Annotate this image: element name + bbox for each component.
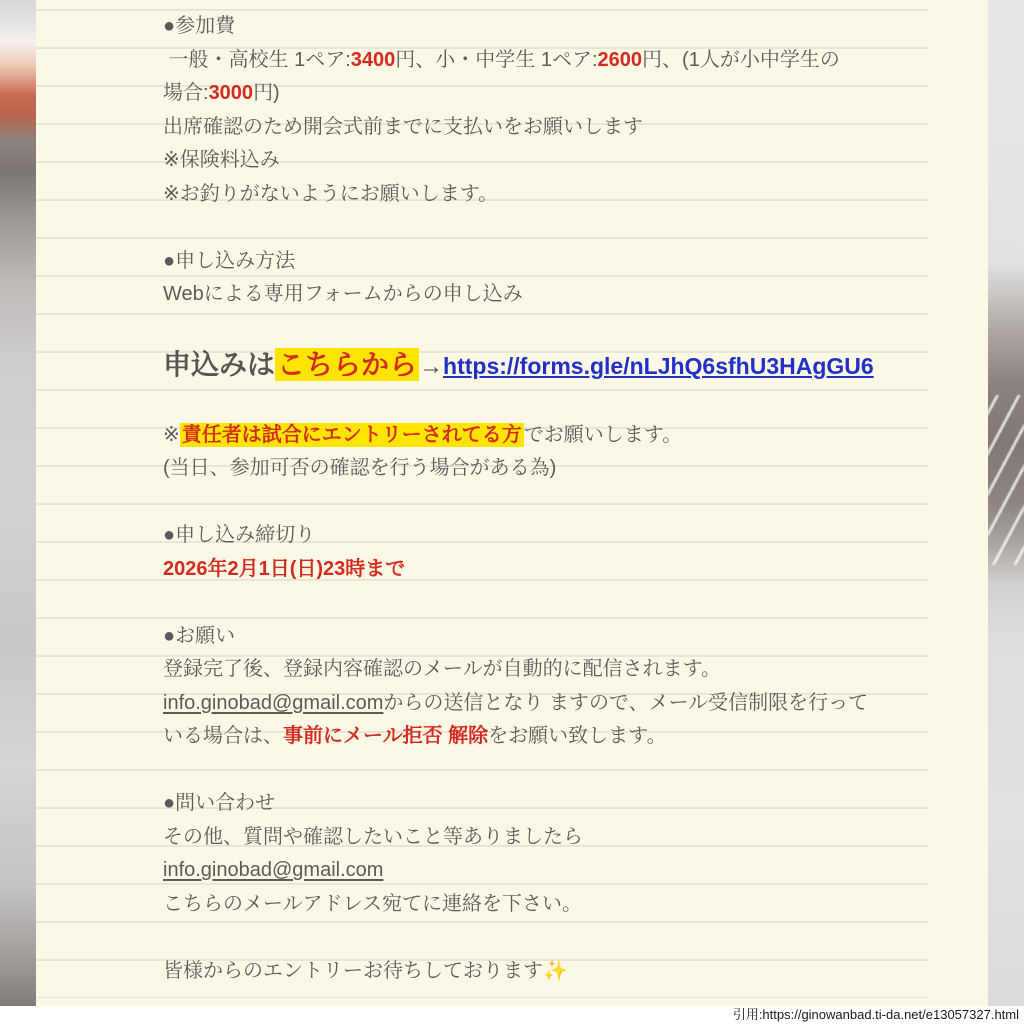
- text-segment: ※保険料込み: [163, 149, 280, 171]
- contact-email: info.ginobad@gmail.com: [163, 854, 903, 888]
- fee-prices-line-2: 場合:3000円): [163, 77, 903, 111]
- deadline-date: 2026年2月1日(日)23時まで: [163, 553, 903, 587]
- responsible-note: ※責任者は試合にエントリーされてる方でお願いします。: [163, 419, 903, 453]
- fee-insurance-note: ※保険料込み: [163, 144, 903, 178]
- method-heading: ●申し込み方法: [163, 245, 903, 279]
- text-segment: 円): [253, 82, 280, 104]
- text-segment: ●申し込み締切り: [163, 524, 315, 546]
- highlighted-text: 責任者は試合にエントリーされてる方: [180, 423, 524, 447]
- text-segment: 2600: [598, 49, 643, 71]
- request-heading: ●お願い: [163, 620, 903, 654]
- text-segment: からの送信となり ますので、メール受信制限を行って: [383, 692, 868, 714]
- text-segment: ※お釣りがないようにお願いします。: [163, 183, 498, 205]
- text-segment: その他、質問や確認したいこと等ありましたら: [163, 826, 583, 848]
- text-segment: ※: [163, 424, 180, 446]
- spacer: [163, 486, 903, 520]
- text-segment: 3000: [209, 82, 254, 104]
- contact-line-1: その他、質問や確認したいこと等ありましたら: [163, 821, 903, 855]
- spacer: [163, 586, 903, 620]
- contact-heading: ●問い合わせ: [163, 787, 903, 821]
- post-body: ●参加費 一般・高校生 1ペア:3400円、小・中学生 1ペア:2600円、(1…: [163, 10, 903, 988]
- background-photo-left: [0, 0, 36, 1006]
- spacer: [163, 211, 903, 245]
- request-line-3: いる場合は、事前にメール拒否 解除をお願い致します。: [163, 720, 903, 754]
- text-segment: をお願い致します。: [488, 725, 666, 747]
- text-segment: こちらのメールアドレス宛てに連絡を下さい。: [163, 893, 582, 915]
- contact-line-2: こちらのメールアドレス宛てに連絡を下さい。: [163, 888, 903, 922]
- text-segment: ●お願い: [163, 625, 235, 647]
- citation-bar: 引用:https://ginowanbad.ti-da.net/e1305732…: [0, 1006, 1024, 1024]
- text-segment: 事前にメール拒否 解除: [283, 725, 488, 747]
- text-segment: ●申し込み方法: [163, 250, 295, 272]
- text-segment: でお願いします。: [524, 424, 682, 446]
- fee-payment-note: 出席確認のため開会式前までに支払いをお願いします: [163, 111, 903, 145]
- text-segment: 登録完了後、登録内容確認のメールが自動的に配信されます。: [163, 658, 721, 680]
- text-segment: 一般・高校生 1ペア:: [163, 49, 351, 71]
- text-segment: 出席確認のため開会式前までに支払いをお願いします: [163, 116, 643, 138]
- text-segment: 場合:: [163, 82, 209, 104]
- method-line: Webによる専用フォームからの申し込み: [163, 278, 903, 312]
- text-segment: いる場合は、: [163, 725, 283, 747]
- text-segment: 2026年2月1日(日)23時まで: [163, 558, 405, 580]
- fee-heading: ●参加費: [163, 10, 903, 44]
- fee-prices-line-1: 一般・高校生 1ペア:3400円、小・中学生 1ペア:2600円、(1人が小中学…: [163, 44, 903, 78]
- closing-line: 皆様からのエントリーお待ちしております✨: [163, 955, 903, 989]
- text-segment: (当日、参加可否の確認を行う場合がある為): [163, 457, 556, 479]
- ruled-paper-panel: ●参加費 一般・高校生 1ペア:3400円、小・中学生 1ペア:2600円、(1…: [36, 0, 988, 1006]
- spacer: [163, 385, 903, 419]
- apply-line: 申込みはこちらから→https://forms.gle/nLJhQ6sfhU3H…: [163, 345, 903, 385]
- responsible-reason: (当日、参加可否の確認を行う場合がある為): [163, 452, 903, 486]
- highlighted-text: こちらから: [275, 348, 419, 381]
- spacer: [163, 312, 903, 346]
- text-segment: ●参加費: [163, 15, 235, 37]
- text-segment: →: [419, 353, 443, 380]
- citation-text: 引用:https://ginowanbad.ti-da.net/e1305732…: [733, 1007, 1024, 1022]
- spacer: [163, 921, 903, 955]
- text-segment: 3400: [351, 49, 396, 71]
- text-segment: 円、小・中学生 1ペア:: [395, 49, 597, 71]
- request-line-2: info.ginobad@gmail.comからの送信となり ますので、メール受…: [163, 687, 903, 721]
- text-segment: 円、(1人が小中学生の: [642, 49, 840, 71]
- text-segment: 皆様からのエントリーお待ちしております: [163, 960, 543, 982]
- sparkles-icon: ✨: [543, 960, 568, 982]
- spacer: [163, 754, 903, 788]
- racket-strings-blur: [988, 395, 1024, 565]
- email-link[interactable]: info.ginobad@gmail.com: [163, 859, 383, 881]
- email-link[interactable]: info.ginobad@gmail.com: [163, 692, 383, 714]
- fee-change-note: ※お釣りがないようにお願いします。: [163, 178, 903, 212]
- application-form-link[interactable]: https://forms.gle/nLJhQ6sfhU3HAgGU6: [443, 353, 874, 379]
- text-segment: ●問い合わせ: [163, 792, 275, 814]
- text-segment: Webによる専用フォームからの申し込み: [163, 283, 523, 305]
- text-segment: 申込みは: [163, 349, 275, 380]
- request-line-1: 登録完了後、登録内容確認のメールが自動的に配信されます。: [163, 653, 903, 687]
- deadline-heading: ●申し込み締切り: [163, 519, 903, 553]
- background-photo-right: [988, 0, 1024, 1006]
